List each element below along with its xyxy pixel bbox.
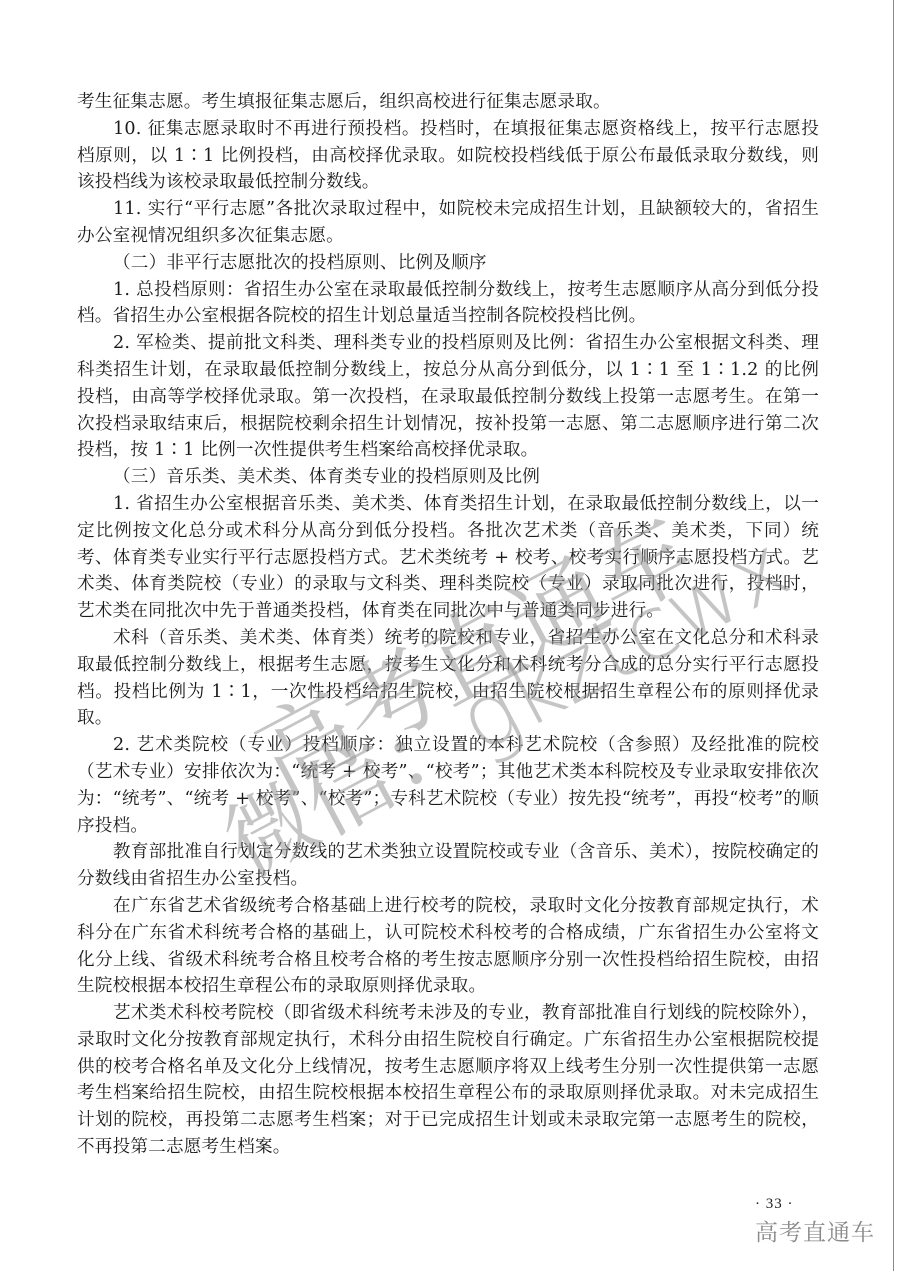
paragraph-continuation: 考生征集志愿。考生填报征集志愿后，组织高校进行征集志愿录取。 bbox=[77, 89, 819, 116]
section-heading-3: （三）音乐类、美术类、体育类专业的投档原则及比例 bbox=[77, 464, 819, 491]
paragraph-military-early-batch: 2. 军检类、提前批文科类、理科类专业的投档原则及比例：省招生办公室根据文科类、… bbox=[77, 330, 819, 464]
paragraph-guangdong-school-exam: 在广东省艺术省级统考合格基础上进行校考的院校，录取时文化分按教育部规定执行，术科… bbox=[77, 893, 819, 1000]
section-heading-2: （二）非平行志愿批次的投档原则、比例及顺序 bbox=[77, 250, 819, 277]
paragraph-general-principle: 1. 总投档原则：省招生办公室在录取最低控制分数线上，按考生志愿顺序从高分到低分… bbox=[77, 277, 819, 331]
paragraph-unified-exam: 术科（音乐类、美术类、体育类）统考的院校和专业，省招生办公室在文化总分和术科录取… bbox=[77, 625, 819, 732]
page-edge-line bbox=[893, 0, 894, 1271]
paragraph-item-10: 10. 征集志愿录取时不再进行预投档。投档时，在填报征集志愿资格线上，按平行志愿… bbox=[77, 116, 819, 196]
paragraph-arts-sports-plan: 1. 省招生办公室根据音乐类、美术类、体育类招生计划，在录取最低控制分数线上，以… bbox=[77, 491, 819, 625]
page-number: · 33 · bbox=[755, 1196, 794, 1213]
footer-brand-watermark: 高考直通车 bbox=[755, 1214, 875, 1247]
paragraph-arts-order: 2. 艺术类院校（专业）投档顺序：独立设置的本科艺术院校（含参照）及经批准的院校… bbox=[77, 732, 819, 839]
document-page: 考生征集志愿。考生填报征集志愿后，组织高校进行征集志愿录取。 10. 征集志愿录… bbox=[77, 89, 819, 1161]
paragraph-moe-approved: 教育部批准自行划定分数线的艺术类独立设置院校或专业（含音乐、美术），按院校确定的… bbox=[77, 839, 819, 893]
paragraph-arts-school-exam: 艺术类术科校考院校（即省级术科统考未涉及的专业，教育部批准自行划线的院校除外），… bbox=[77, 1000, 819, 1161]
paragraph-item-11: 11. 实行“平行志愿”各批次录取过程中，如院校未完成招生计划，且缺额较大的，省… bbox=[77, 196, 819, 250]
